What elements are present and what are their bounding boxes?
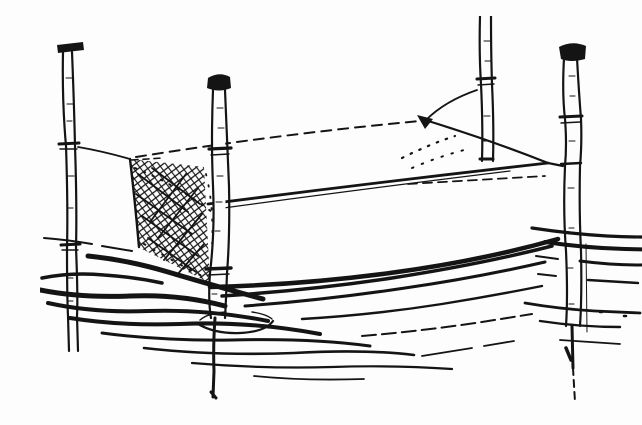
rope-far-left bbox=[78, 147, 130, 159]
rope-back-right bbox=[426, 90, 477, 120]
sketch-svg bbox=[40, 16, 642, 409]
net-far-rim bbox=[136, 121, 420, 157]
bamboo-pole-right bbox=[559, 43, 587, 402]
illustration-canvas bbox=[40, 16, 642, 409]
tie-ropes bbox=[78, 90, 477, 159]
net-cage bbox=[130, 115, 563, 288]
